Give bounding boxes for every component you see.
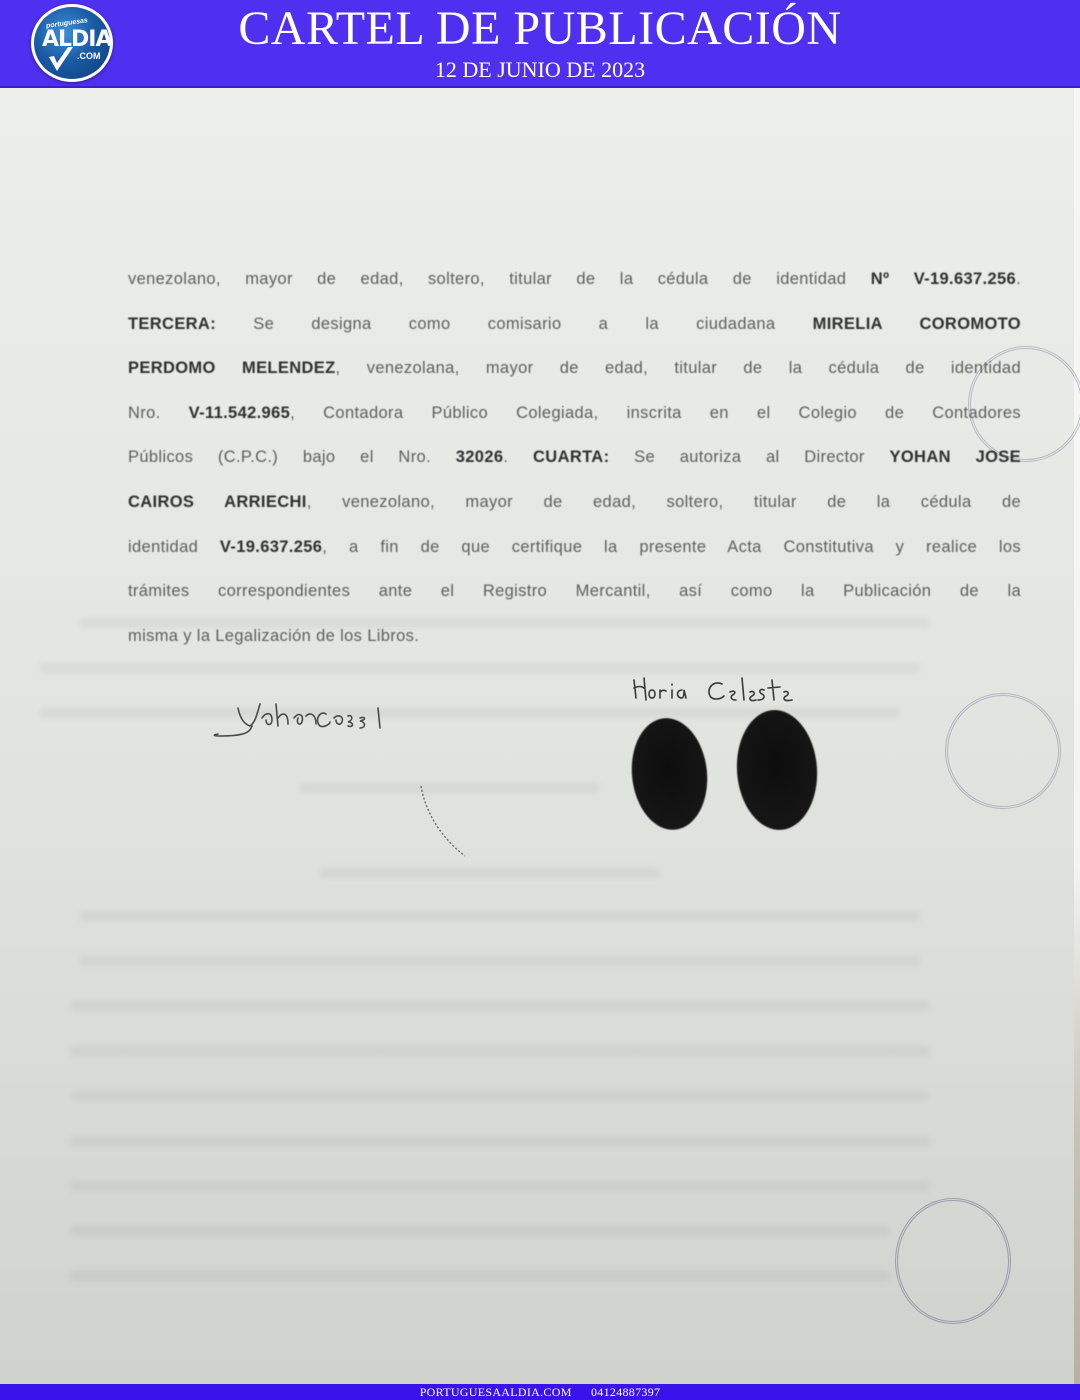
document-line: Públicos (C.P.C.) bajo el Nro. 32026. CU… [128,435,1021,480]
official-stamp [945,693,1061,809]
bleed-through-line [70,1046,930,1056]
document-line: PERDOMO MELENDEZ, venezolana, mayor de e… [128,346,1021,391]
bold-text: V-11.542.965 [189,404,290,422]
signature-yohan-cairos [210,690,470,750]
paper-edge [1074,88,1080,1384]
pen-stroke-mark [415,780,475,860]
body-text: , venezolana, mayor de edad, titular de … [336,359,1021,377]
bold-text: TERCERA: [128,315,216,333]
document-line: venezolano, mayor de edad, soltero, titu… [128,257,1021,302]
bleed-through-line [70,1091,930,1101]
header-banner: portuguesas ALDIA .COM CARTEL DE PUBLICA… [0,0,1080,88]
bold-text: YOHAN JOSE [890,448,1021,466]
document-line: identidad V-19.637.256, a fin de que cer… [128,525,1021,570]
body-text: Nro. [128,404,189,422]
body-text: , a fin de que certifique la presente Ac… [322,538,1021,556]
body-text: , venezolano, mayor de edad, soltero, ti… [307,493,1021,511]
body-text: Se designa como comisario a la ciudadana [216,315,813,333]
document-line: trámites correspondientes ante el Regist… [128,569,1021,614]
footer-banner: PORTUGUESAALDIA.COM 04124887397 [0,1384,1080,1400]
bleed-through-line [70,1001,930,1011]
document-line: CAIROS ARRIECHI, venezolano, mayor de ed… [128,480,1021,525]
publication-date: 12 DE JUNIO DE 2023 [0,57,1080,83]
body-text: misma y la Legalización de los Libros. [128,627,419,645]
document-line: misma y la Legalización de los Libros. [128,614,1021,659]
official-stamp [895,1198,1011,1324]
bold-text: CUARTA: [533,448,609,466]
bold-text: V-19.637.256 [220,538,322,556]
body-text: . [503,448,533,466]
footer-website-link[interactable]: PORTUGUESAALDIA.COM [420,1385,572,1399]
body-text: identidad [128,538,220,556]
bleed-through-line [70,1181,930,1191]
bold-text: MIRELIA COROMOTO [813,315,1021,333]
body-text: trámites correspondientes ante el Regist… [128,582,1021,600]
document-body: venezolano, mayor de edad, soltero, titu… [128,257,1021,658]
bleed-through-line [320,868,660,878]
page-title: CARTEL DE PUBLICACIÓN [0,2,1080,56]
document-line: Nro. V-11.542.965, Contadora Público Col… [128,391,1021,436]
bleed-through-line [70,1226,890,1236]
body-text: Se autoriza al Director [609,448,889,466]
bold-text: CAIROS ARRIECHI [128,493,307,511]
signature-maria-celeste [630,672,820,708]
bold-text: Nº V-19.637.256 [871,270,1016,288]
bleed-through-line [70,1271,890,1281]
document-line: TERCERA: Se designa como comisario a la … [128,302,1021,347]
bold-text: PERDOMO MELENDEZ [128,359,336,377]
bleed-through-line [80,956,920,966]
bleed-through-line [80,911,920,921]
footer-phone: 04124887397 [591,1385,660,1399]
body-text: venezolano, mayor de edad, soltero, titu… [128,270,871,288]
bold-text: 32026 [456,448,504,466]
body-text: Públicos (C.P.C.) bajo el Nro. [128,448,456,466]
body-text: , Contadora Público Colegiada, inscrita … [290,404,1021,422]
body-text: . [1016,270,1021,288]
bleed-through-line [70,1136,930,1146]
